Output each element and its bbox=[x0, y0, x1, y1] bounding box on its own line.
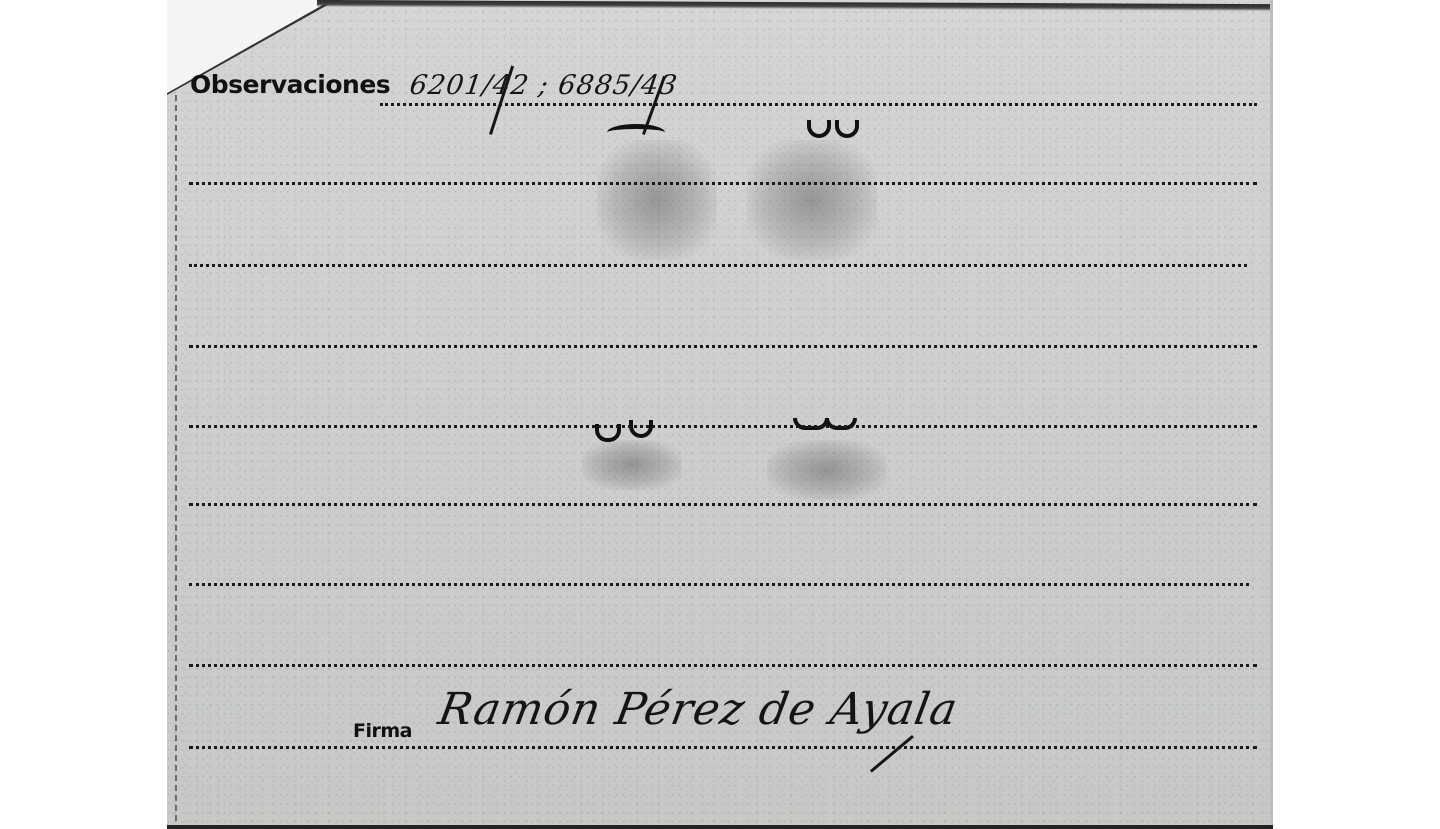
ruled-line bbox=[189, 664, 1257, 667]
card-left-border bbox=[175, 95, 177, 821]
card-right-edge bbox=[1270, 0, 1273, 829]
ditto-mark bbox=[835, 120, 859, 138]
firma-line bbox=[189, 746, 1257, 749]
ditto-mark bbox=[607, 124, 665, 141]
observaciones-value: 6201/42 ; 6885/43 bbox=[408, 70, 680, 101]
ruled-line bbox=[189, 503, 1257, 506]
ditto-mark bbox=[807, 120, 831, 138]
signature-flourish bbox=[870, 735, 914, 773]
stain bbox=[597, 140, 717, 260]
observaciones-line bbox=[380, 103, 1257, 106]
ruled-line bbox=[189, 182, 1257, 185]
card-bottom-edge bbox=[167, 825, 1273, 829]
stain bbox=[767, 440, 887, 500]
ruled-line bbox=[189, 425, 1257, 428]
stain bbox=[747, 140, 877, 260]
index-card: Observaciones 6201/42 ; 6885/43 Firma Ra… bbox=[167, 0, 1273, 829]
stain bbox=[582, 440, 682, 490]
signature: Ramón Pérez de Ayala bbox=[435, 684, 962, 735]
ditto-mark bbox=[793, 418, 829, 430]
ruled-line bbox=[189, 583, 1249, 586]
firma-label: Firma bbox=[353, 720, 412, 742]
ruled-line bbox=[189, 345, 1257, 348]
ditto-mark bbox=[825, 418, 857, 430]
observaciones-label: Observaciones bbox=[190, 70, 390, 99]
ruled-line bbox=[189, 264, 1247, 267]
ditto-mark bbox=[629, 420, 653, 438]
card-top-edge bbox=[317, 0, 1273, 11]
